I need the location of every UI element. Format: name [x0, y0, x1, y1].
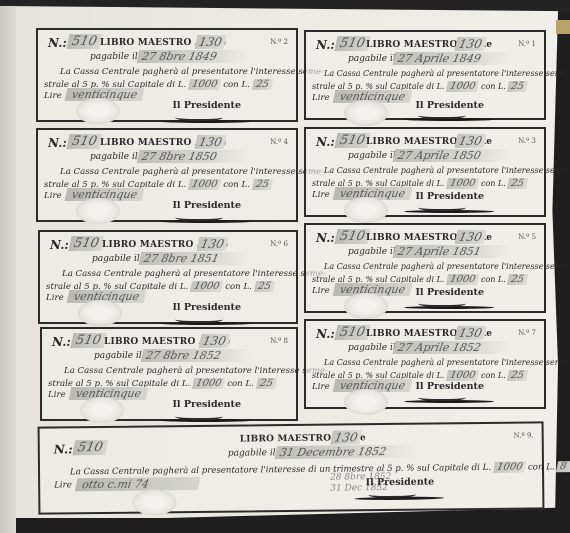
payment-text-line1: La Cassa Centrale pagherà al presentator… — [62, 269, 326, 279]
payable-label: pagabile il — [228, 448, 276, 458]
number-value: 510 — [66, 134, 102, 149]
president-label: Il Presidente — [172, 302, 241, 313]
payment-text-line1: La Cassa Centrale pagherà al presentator… — [324, 69, 570, 78]
account-value: 130 — [197, 237, 229, 251]
account-value: 130 — [455, 134, 487, 148]
lire-label: Lire — [44, 191, 62, 201]
capital-value: 1000 — [446, 81, 480, 92]
signature-icon — [404, 202, 484, 214]
interest-value: 8 74 — [556, 461, 570, 472]
coupon-sequence: N.º 9. — [514, 431, 534, 439]
interest-value: 25 — [507, 370, 528, 381]
coupon-7: N.: 510 LIBRO MAESTRO A C.te 130 N.º 7 p… — [304, 319, 546, 409]
account-value: 130 — [455, 37, 487, 51]
capital-value: 1000 — [188, 179, 222, 190]
payable-label: pagabile il — [90, 152, 138, 162]
interest-value: 25 — [251, 179, 272, 190]
payment-text-line1: La Cassa Centrale pagherà al presentator… — [64, 366, 328, 376]
lire-label: Lire — [312, 93, 330, 103]
embossed-seal-icon — [132, 489, 176, 515]
embossed-seal-icon — [78, 300, 122, 326]
president-label: Il Presidente — [415, 381, 484, 392]
number-value: 510 — [66, 34, 102, 49]
coupon-9: N.: 510 LIBRO MAESTRO A C.te 130 N.º 9. … — [38, 421, 545, 514]
lire-label: Lire — [312, 190, 330, 200]
capital-value: 1000 — [188, 79, 222, 90]
account-value: 130 — [199, 334, 231, 348]
account-value: 130 — [195, 35, 227, 49]
sheet-left-edge — [0, 6, 16, 533]
embossed-seal-icon — [344, 293, 388, 319]
interest-value: 25 — [253, 281, 274, 292]
due-date: 31 Decembre 1852 — [275, 445, 418, 459]
number-label: N.: — [316, 231, 335, 245]
lire-words: otto c.mi 74 — [75, 477, 200, 491]
embossed-seal-icon — [344, 197, 388, 223]
number-label: N.: — [48, 136, 67, 150]
due-date: 27 8bre 1851 — [139, 252, 251, 265]
lire-label: Lire — [312, 382, 330, 392]
coupon-sequence: N.º 8 — [270, 337, 288, 345]
coupon-sequence: N.º 2 — [270, 38, 288, 46]
interest-value: 25 — [507, 274, 528, 285]
payable-label: pagabile il — [348, 151, 396, 161]
payable-label: pagabile il — [348, 247, 396, 257]
coupon-3: N.: 510 LIBRO MAESTRO A C.te 130 N.º 3 p… — [304, 127, 546, 217]
signature-icon — [161, 212, 241, 224]
number-label: N.: — [54, 442, 73, 456]
lire-label: Lire — [44, 91, 62, 101]
payment-text-line1: La Cassa Centrale pagherà al presentator… — [60, 67, 324, 77]
number-value: 510 — [72, 440, 108, 455]
due-date: 27 Aprile 1849 — [393, 52, 513, 65]
signature-icon — [161, 411, 241, 423]
president-label: Il Presidente — [172, 100, 241, 111]
coupon-8: N.: 510 LIBRO MAESTRO A C.te 130 N.º 8 p… — [40, 327, 298, 421]
interest-value: 25 — [251, 79, 272, 90]
payable-label: pagabile il — [348, 343, 396, 353]
coupon-2: N.: 510 LIBRO MAESTRO A C.te 130 N.º 2 p… — [36, 28, 298, 122]
coupon-5: N.: 510 LIBRO MAESTRO A C.te 130 N.º 5 p… — [304, 223, 546, 313]
lire-label: Lire — [54, 480, 72, 490]
president-label: Il Presidente — [172, 399, 241, 410]
interest-value: 25 — [255, 378, 276, 389]
capital-value: 1000 — [446, 274, 480, 285]
payable-label: pagabile il — [94, 351, 142, 361]
interest-value: 25 — [507, 178, 528, 189]
embossed-seal-icon — [80, 397, 124, 423]
due-date: 27 Aprile 1851 — [393, 245, 513, 258]
coupon-sequence: N.º 6 — [270, 240, 288, 248]
payment-text-line1: La Cassa Centrale pagherà al presentator… — [324, 166, 570, 175]
due-date: 27 8bre 1852 — [141, 349, 253, 362]
coupon-sequence: N.º 5 — [518, 233, 536, 241]
coupon-sequence: N.º 7 — [518, 329, 536, 337]
number-label: N.: — [316, 135, 335, 149]
signature-icon — [161, 112, 241, 124]
due-date: 27 8bre 1849 — [137, 50, 249, 63]
coupon-sequence: N.º 3 — [518, 137, 536, 145]
due-date: 27 8bre 1850 — [137, 150, 249, 163]
president-label: Il Presidente — [366, 477, 435, 489]
due-date: 27 Aprile 1850 — [393, 149, 513, 162]
coupon-6: N.: 510 LIBRO MAESTRO A C.te 130 N.º 6 p… — [38, 230, 298, 324]
embossed-seal-icon — [344, 389, 388, 415]
signature-icon — [161, 314, 241, 326]
capital-value: 1000 — [190, 281, 224, 292]
lire-label: Lire — [48, 390, 66, 400]
payable-label: pagabile il — [348, 54, 396, 64]
coupon-1: N.: 510 LIBRO MAESTRO A C.te 130 N.º 1 p… — [304, 30, 546, 120]
payment-text-line1: La Cassa Centrale pagherà al presentator… — [324, 262, 570, 271]
capital-value: 1000 — [192, 378, 226, 389]
coupon-sequence: N.º 1 — [518, 40, 536, 48]
president-label: Il Presidente — [172, 200, 241, 211]
payable-label: pagabile il — [90, 52, 138, 62]
coupon-4: N.: 510 LIBRO MAESTRO A C.te 130 N.º 4 p… — [36, 128, 298, 222]
capital-value: 1000 — [446, 178, 480, 189]
number-label: N.: — [316, 38, 335, 52]
payment-text-line1: La Cassa Centrale pagherà al presentator… — [70, 461, 570, 477]
account-value: 130 — [455, 326, 487, 340]
interest-value: 25 — [507, 81, 528, 92]
embossed-seal-icon — [76, 198, 120, 224]
payable-label: pagabile il — [92, 254, 140, 264]
capital-value: 1000 — [493, 462, 527, 473]
capital-value: 1000 — [446, 370, 480, 381]
signature-icon — [404, 110, 484, 122]
number-value: 510 — [70, 333, 106, 348]
due-date: 27 Aprile 1852 — [393, 341, 513, 354]
president-label: Il Presidente — [415, 287, 484, 298]
signature-icon — [354, 489, 434, 502]
lire-label: Lire — [46, 293, 64, 303]
number-label: N.: — [48, 36, 67, 50]
lire-label: Lire — [312, 286, 330, 296]
account-value: 130 — [455, 230, 487, 244]
number-value: 510 — [68, 236, 104, 251]
signature-icon — [404, 298, 484, 310]
frame-corner — [556, 20, 570, 34]
account-value: 130 — [330, 430, 362, 444]
number-label: N.: — [52, 335, 71, 349]
embossed-seal-icon — [76, 98, 120, 124]
coupon-sequence: N.º 4 — [270, 138, 288, 146]
account-value: 130 — [195, 135, 227, 149]
payment-text-line1: La Cassa Centrale pagherà al presentator… — [60, 167, 324, 177]
president-label: Il Presidente — [415, 191, 484, 202]
number-label: N.: — [50, 238, 69, 252]
signature-icon — [404, 392, 484, 404]
payment-text-line1: La Cassa Centrale pagherà al presentator… — [324, 358, 570, 367]
number-label: N.: — [316, 327, 335, 341]
embossed-seal-icon — [344, 100, 388, 126]
